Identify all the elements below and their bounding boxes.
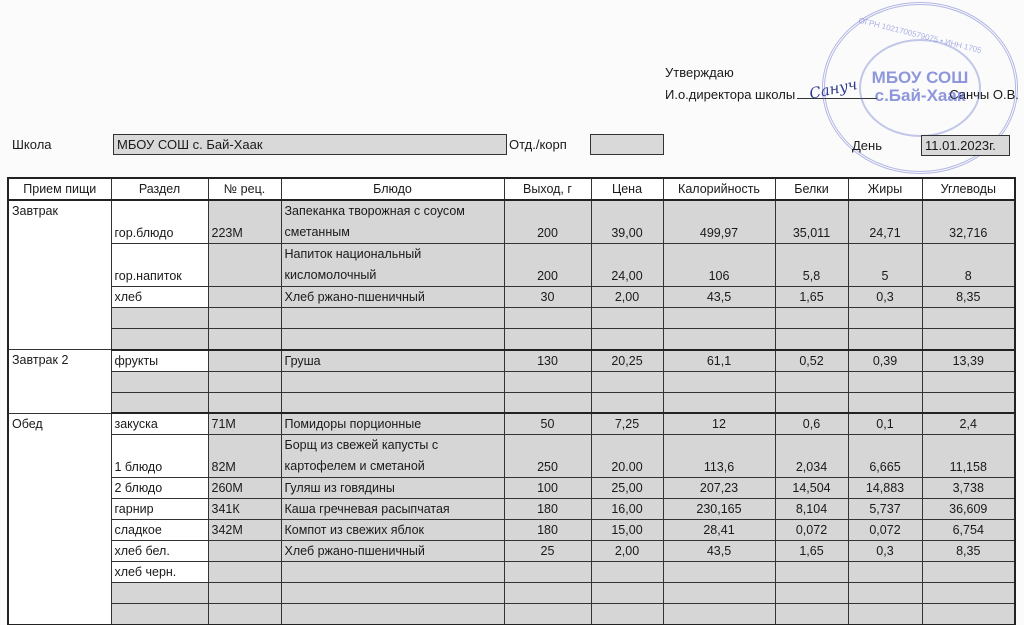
yield-cell[interactable]: 50 (504, 413, 591, 435)
fat-cell[interactable] (848, 308, 922, 329)
price-cell[interactable] (591, 308, 663, 329)
table-row: 2 блюдо260МГуляш из говядины10025,00207,… (8, 478, 1015, 499)
fat-cell[interactable]: 0,3 (848, 287, 922, 308)
recipe-cell[interactable]: 82М (208, 435, 281, 478)
carbs-cell[interactable]: 8,35 (922, 287, 1015, 308)
dish-cell[interactable] (281, 308, 504, 329)
protein-cell[interactable]: 14,504 (775, 478, 848, 499)
dish-cell[interactable] (281, 583, 504, 604)
fat-cell[interactable]: 5,737 (848, 499, 922, 520)
carbs-cell[interactable]: 32,716 (922, 200, 1015, 244)
dish-cell[interactable]: Гуляш из говядины (281, 478, 504, 499)
fat-cell[interactable] (848, 562, 922, 583)
dish-cell[interactable]: Каша гречневая расыпчатая (281, 499, 504, 520)
protein-cell[interactable]: 1,65 (775, 541, 848, 562)
section-cell[interactable]: 2 блюдо (111, 478, 208, 499)
price-cell[interactable]: 15,00 (591, 520, 663, 541)
calories-cell[interactable]: 12 (663, 413, 775, 435)
price-cell[interactable]: 2,00 (591, 287, 663, 308)
calories-cell[interactable]: 106 (663, 244, 775, 287)
yield-cell[interactable] (504, 392, 591, 413)
calories-cell[interactable] (663, 604, 775, 625)
col-header-protein: Белки (775, 178, 848, 200)
section-cell[interactable] (111, 583, 208, 604)
recipe-cell[interactable] (208, 371, 281, 392)
meal-cell[interactable]: Завтрак (8, 200, 111, 350)
recipe-cell[interactable] (208, 350, 281, 372)
col-header-calories: Калорийность (663, 178, 775, 200)
recipe-cell[interactable] (208, 541, 281, 562)
price-cell[interactable]: 2,00 (591, 541, 663, 562)
calories-cell[interactable]: 61,1 (663, 350, 775, 372)
dish-cell[interactable] (281, 329, 504, 350)
calories-cell[interactable]: 499,97 (663, 200, 775, 244)
section-cell[interactable]: сладкое (111, 520, 208, 541)
fat-cell[interactable]: 24,71 (848, 200, 922, 244)
carbs-cell[interactable] (922, 562, 1015, 583)
table-row (8, 308, 1015, 329)
yield-cell[interactable]: 200 (504, 200, 591, 244)
carbs-cell[interactable] (922, 329, 1015, 350)
recipe-cell[interactable]: 342М (208, 520, 281, 541)
recipe-cell[interactable]: 341К (208, 499, 281, 520)
col-header-carbs: Углеводы (922, 178, 1015, 200)
recipe-cell[interactable] (208, 604, 281, 625)
section-cell[interactable]: фрукты (111, 350, 208, 372)
day-field[interactable]: 11.01.2023г. (921, 135, 1010, 156)
dish-cell[interactable]: Помидоры порционные (281, 413, 504, 435)
table-row: Завтракгор.блюдо223МЗапеканка творожная … (8, 200, 1015, 244)
carbs-cell[interactable]: 13,39 (922, 350, 1015, 372)
carbs-cell[interactable] (922, 583, 1015, 604)
table-row (8, 392, 1015, 413)
section-cell[interactable] (111, 371, 208, 392)
calories-cell[interactable] (663, 329, 775, 350)
section-cell[interactable]: гор.напиток (111, 244, 208, 287)
calories-cell[interactable]: 43,5 (663, 541, 775, 562)
protein-cell[interactable]: 8,104 (775, 499, 848, 520)
protein-cell[interactable]: 0,6 (775, 413, 848, 435)
dish-cell[interactable]: Груша (281, 350, 504, 372)
dish-cell[interactable]: Борщ из свежей капусты с картофелем и см… (281, 435, 504, 478)
price-cell[interactable]: 25,00 (591, 478, 663, 499)
fat-cell[interactable] (848, 604, 922, 625)
dish-cell[interactable] (281, 604, 504, 625)
fat-cell[interactable]: 0,39 (848, 350, 922, 372)
protein-cell[interactable]: 0,072 (775, 520, 848, 541)
table-row (8, 604, 1015, 625)
dish-cell[interactable]: Напиток национальный кисломолочный (281, 244, 504, 287)
carbs-cell[interactable]: 8 (922, 244, 1015, 287)
dept-field[interactable] (590, 134, 664, 155)
stamp-text-line2: с.Бай-Хаак (825, 87, 1015, 105)
protein-cell[interactable]: 5,8 (775, 244, 848, 287)
meal-cell[interactable]: Обед (8, 413, 111, 625)
calories-cell[interactable]: 230,165 (663, 499, 775, 520)
protein-cell[interactable]: 1,65 (775, 287, 848, 308)
dish-cell[interactable] (281, 562, 504, 583)
table-row: Обедзакуска71МПомидоры порционные507,251… (8, 413, 1015, 435)
carbs-cell[interactable]: 2,4 (922, 413, 1015, 435)
section-cell[interactable]: хлеб черн. (111, 562, 208, 583)
price-cell[interactable] (591, 562, 663, 583)
fat-cell[interactable] (848, 392, 922, 413)
section-cell[interactable]: 1 блюдо (111, 435, 208, 478)
stamp-text-line1: МБОУ СОШ (825, 69, 1015, 87)
calories-cell[interactable]: 207,23 (663, 478, 775, 499)
meal-cell[interactable]: Завтрак 2 (8, 350, 111, 414)
calories-cell[interactable]: 43,5 (663, 287, 775, 308)
section-cell[interactable] (111, 392, 208, 413)
calories-cell[interactable]: 28,41 (663, 520, 775, 541)
yield-cell[interactable] (504, 371, 591, 392)
day-label: День (852, 138, 882, 153)
recipe-cell[interactable] (208, 287, 281, 308)
recipe-cell[interactable] (208, 244, 281, 287)
recipe-cell[interactable] (208, 329, 281, 350)
price-cell[interactable] (591, 583, 663, 604)
col-header-yield: Выход, г (504, 178, 591, 200)
price-cell[interactable] (591, 329, 663, 350)
table-row (8, 583, 1015, 604)
col-header-meal: Прием пищи (8, 178, 111, 200)
price-cell[interactable] (591, 392, 663, 413)
price-cell[interactable]: 39,00 (591, 200, 663, 244)
yield-cell[interactable]: 100 (504, 478, 591, 499)
yield-cell[interactable]: 200 (504, 244, 591, 287)
protein-cell[interactable] (775, 371, 848, 392)
recipe-cell[interactable]: 71М (208, 413, 281, 435)
table-row: 1 блюдо82МБорщ из свежей капусты с карто… (8, 435, 1015, 478)
section-cell[interactable] (111, 604, 208, 625)
table-row (8, 371, 1015, 392)
col-header-section: Раздел (111, 178, 208, 200)
calories-cell[interactable] (663, 562, 775, 583)
calories-cell[interactable] (663, 392, 775, 413)
yield-cell[interactable]: 130 (504, 350, 591, 372)
protein-cell[interactable]: 35,011 (775, 200, 848, 244)
fat-cell[interactable]: 0,1 (848, 413, 922, 435)
yield-cell[interactable]: 180 (504, 520, 591, 541)
school-label: Школа (12, 137, 52, 152)
calories-cell[interactable] (663, 308, 775, 329)
carbs-cell[interactable]: 11,158 (922, 435, 1015, 478)
recipe-cell[interactable]: 260М (208, 478, 281, 499)
fat-cell[interactable]: 0,3 (848, 541, 922, 562)
price-cell[interactable]: 20,25 (591, 350, 663, 372)
yield-cell[interactable]: 25 (504, 541, 591, 562)
recipe-cell[interactable] (208, 392, 281, 413)
yield-cell[interactable]: 30 (504, 287, 591, 308)
price-cell[interactable]: 16,00 (591, 499, 663, 520)
calories-cell[interactable]: 113,6 (663, 435, 775, 478)
protein-cell[interactable] (775, 308, 848, 329)
recipe-cell[interactable] (208, 562, 281, 583)
protein-cell[interactable]: 0,52 (775, 350, 848, 372)
school-field[interactable]: МБОУ СОШ с. Бай-Хаак (113, 134, 507, 155)
dept-label: Отд./корп (509, 137, 567, 152)
recipe-cell[interactable]: 223М (208, 200, 281, 244)
price-cell[interactable]: 24,00 (591, 244, 663, 287)
table-row (8, 329, 1015, 350)
table-row: сладкое342МКомпот из свежих яблок18015,0… (8, 520, 1015, 541)
yield-cell[interactable] (504, 308, 591, 329)
price-cell[interactable]: 20.00 (591, 435, 663, 478)
protein-cell[interactable]: 2,034 (775, 435, 848, 478)
section-cell[interactable] (111, 329, 208, 350)
yield-cell[interactable] (504, 583, 591, 604)
dish-cell[interactable] (281, 371, 504, 392)
carbs-cell[interactable]: 6,754 (922, 520, 1015, 541)
section-cell[interactable]: хлеб (111, 287, 208, 308)
dish-cell[interactable] (281, 392, 504, 413)
yield-cell[interactable]: 250 (504, 435, 591, 478)
recipe-cell[interactable] (208, 583, 281, 604)
yield-cell[interactable] (504, 329, 591, 350)
protein-cell[interactable] (775, 329, 848, 350)
carbs-cell[interactable] (922, 392, 1015, 413)
fat-cell[interactable]: 14,883 (848, 478, 922, 499)
section-cell[interactable]: гарнир (111, 499, 208, 520)
table-row: гарнир341ККаша гречневая расыпчатая18016… (8, 499, 1015, 520)
protein-cell[interactable] (775, 604, 848, 625)
calories-cell[interactable] (663, 583, 775, 604)
protein-cell[interactable] (775, 562, 848, 583)
price-cell[interactable]: 7,25 (591, 413, 663, 435)
yield-cell[interactable] (504, 604, 591, 625)
section-cell[interactable]: закуска (111, 413, 208, 435)
fat-cell[interactable] (848, 583, 922, 604)
fat-cell[interactable] (848, 329, 922, 350)
fat-cell[interactable]: 5 (848, 244, 922, 287)
table-row: хлеб бел.Хлеб ржано-пшеничный252,0043,51… (8, 541, 1015, 562)
dish-cell[interactable]: Хлеб ржано-пшеничный (281, 541, 504, 562)
carbs-cell[interactable]: 36,609 (922, 499, 1015, 520)
yield-cell[interactable]: 180 (504, 499, 591, 520)
carbs-cell[interactable] (922, 308, 1015, 329)
table-header-row: Прием пищи Раздел № рец. Блюдо Выход, г … (8, 178, 1015, 200)
fat-cell[interactable]: 6,665 (848, 435, 922, 478)
carbs-cell[interactable]: 8,35 (922, 541, 1015, 562)
protein-cell[interactable] (775, 583, 848, 604)
menu-table-body: Завтракгор.блюдо223МЗапеканка творожная … (8, 200, 1015, 625)
col-header-price: Цена (591, 178, 663, 200)
table-row: хлеб черн. (8, 562, 1015, 583)
section-cell[interactable]: гор.блюдо (111, 200, 208, 244)
section-cell[interactable] (111, 308, 208, 329)
carbs-cell[interactable] (922, 604, 1015, 625)
table-row: Завтрак 2фруктыГруша13020,2561,10,520,39… (8, 350, 1015, 372)
dish-cell[interactable]: Хлеб ржано-пшеничный (281, 287, 504, 308)
fat-cell[interactable] (848, 371, 922, 392)
table-row: гор.напитокНапиток национальный кисломол… (8, 244, 1015, 287)
protein-cell[interactable] (775, 392, 848, 413)
recipe-cell[interactable] (208, 308, 281, 329)
col-header-fat: Жиры (848, 178, 922, 200)
col-header-dish: Блюдо (281, 178, 504, 200)
price-cell[interactable] (591, 371, 663, 392)
stamp-text: МБОУ СОШ с.Бай-Хаак (825, 69, 1015, 105)
position-label: И.о.директора школы (665, 87, 795, 102)
calories-cell[interactable] (663, 371, 775, 392)
carbs-cell[interactable] (922, 371, 1015, 392)
dish-cell[interactable]: Компот из свежих яблок (281, 520, 504, 541)
carbs-cell[interactable]: 3,738 (922, 478, 1015, 499)
section-cell[interactable]: хлеб бел. (111, 541, 208, 562)
table-row: хлебХлеб ржано-пшеничный302,0043,51,650,… (8, 287, 1015, 308)
dish-cell[interactable]: Запеканка творожная с соусом сметанным (281, 200, 504, 244)
col-header-recipe: № рец. (208, 178, 281, 200)
fat-cell[interactable]: 0,072 (848, 520, 922, 541)
price-cell[interactable] (591, 604, 663, 625)
yield-cell[interactable] (504, 562, 591, 583)
menu-table: Прием пищи Раздел № рец. Блюдо Выход, г … (7, 177, 1016, 625)
